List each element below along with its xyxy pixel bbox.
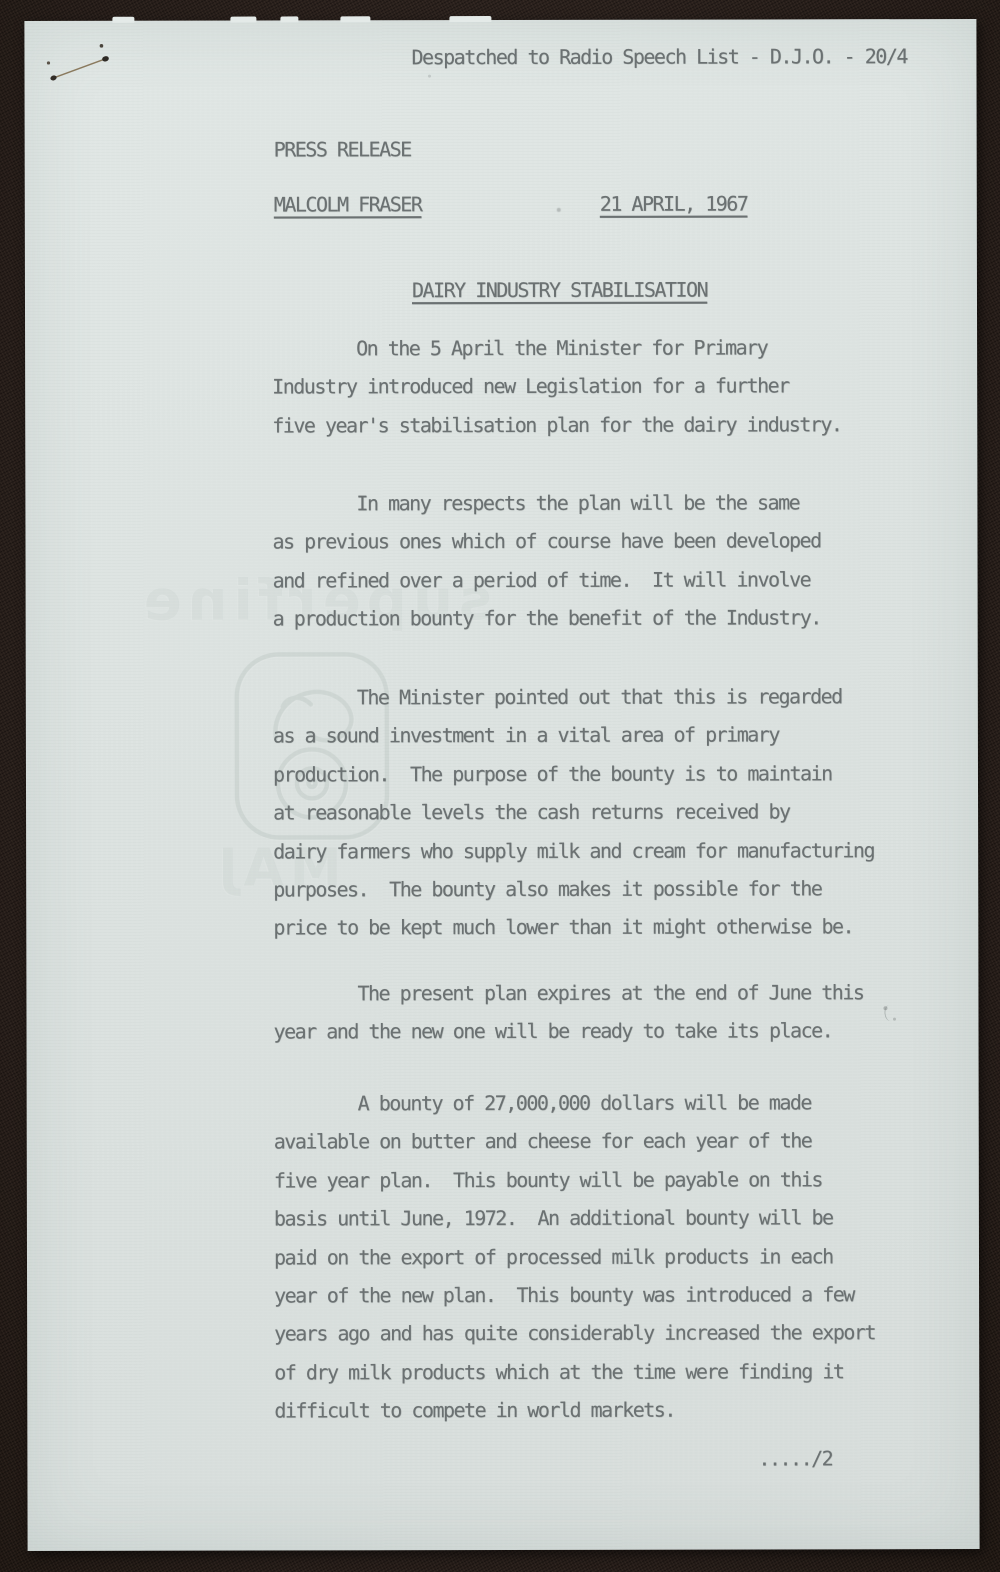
paragraph-1: On the 5 April the Minister for Primary … bbox=[272, 328, 932, 445]
author-name: MALCOLM FRASER bbox=[274, 185, 422, 224]
paragraph-5: A bounty of 27,000,000 dollars will be m… bbox=[274, 1083, 935, 1430]
press-release-label: PRESS RELEASE bbox=[274, 130, 411, 169]
paper-edge-notch bbox=[230, 17, 256, 23]
paragraph-2: In many respects the plan will be the sa… bbox=[272, 483, 932, 638]
document-title: DAIRY INDUSTRY STABILISATION bbox=[412, 271, 707, 310]
paper-edge-notch bbox=[280, 16, 298, 22]
distribution-note: Despatched to Radio Speech List - D.J.O.… bbox=[411, 37, 907, 76]
paragraph-3: The Minister pointed out that this is re… bbox=[273, 677, 934, 947]
page-continuation-marker: ...../2 bbox=[758, 1439, 832, 1478]
staple-mark-icon bbox=[34, 36, 124, 96]
paper-edge-notch bbox=[112, 17, 134, 23]
release-date: 21 APRIL, 1967 bbox=[600, 184, 748, 223]
paper-edge-notch bbox=[340, 16, 370, 22]
background: superfine MAJ Despatched to Ra bbox=[0, 0, 1000, 1572]
paper-sheet: superfine MAJ Despatched to Ra bbox=[24, 19, 979, 1551]
paragraph-4: The present plan expires at the end of J… bbox=[273, 973, 933, 1051]
dust-specks bbox=[24, 21, 26, 23]
paper-edge-notch bbox=[449, 16, 491, 22]
